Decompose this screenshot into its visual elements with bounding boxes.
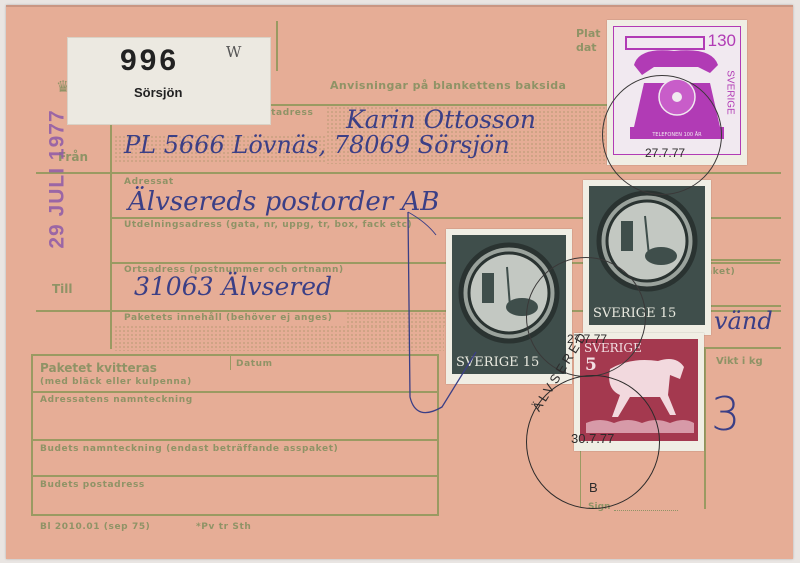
note-vand: vänd	[714, 307, 773, 335]
left-column-divider	[110, 104, 112, 349]
weight-divider	[704, 347, 706, 509]
date-label: Datum	[236, 359, 273, 369]
stamp-value-130: 130	[708, 31, 736, 51]
addressee-value: Älvsereds postorder AB	[128, 187, 439, 217]
label-number: 996	[120, 44, 179, 78]
date-divider	[230, 356, 231, 370]
postmark-letter: B	[589, 480, 598, 495]
receipt-rule-2	[33, 439, 437, 441]
receipt-title: Paketet kvitteras	[40, 361, 157, 375]
contents-label: Paketets innehåll (behöver ej anges)	[124, 313, 332, 323]
printer-mark: *Pv tr Sth	[196, 522, 251, 532]
courier-address-label: Budets postadress	[40, 480, 145, 490]
sign-dotted-line	[614, 510, 678, 511]
post-office-label: 996 W Sörsjön	[67, 37, 271, 125]
place-date-label-1: Plat	[576, 27, 601, 40]
weight-label: Vikt i kg	[716, 356, 763, 367]
stamp-country-sverige: SVERIGE	[724, 70, 735, 114]
contents-dotted-area-2	[346, 312, 446, 326]
right-rule-2	[711, 259, 781, 261]
form-number: Bl 2010.01 (sep 75)	[40, 522, 150, 532]
receipt-rule-3	[33, 475, 437, 477]
receipt-subtitle: (med bläck eller kulpenna)	[40, 377, 192, 387]
delivery-address-label: Utdelningsadress (gata, nr, uppg, tr, bo…	[124, 220, 412, 230]
parcel-card: ♛ Anvisningar på blankettens baksida Pla…	[6, 5, 793, 559]
place-date-label-2: dat	[576, 41, 597, 54]
recipient-side-label: Till	[52, 282, 73, 296]
postmark-middle: 27.7.77	[526, 257, 646, 377]
postmark-date: 30.7.77	[571, 431, 614, 446]
stub-divider	[276, 21, 278, 71]
sender-name: Karin Ottosson	[346, 105, 536, 134]
right-rule-1	[711, 217, 781, 219]
courier-signature-label: Budets namnteckning (endast beträffande …	[40, 444, 338, 454]
sender-address: PL 5666 Lövnäs, 78069 Sörsjön	[124, 131, 510, 159]
city-address-value: 31063 Älvsered	[134, 272, 332, 301]
postmark-top: 27.7.77	[602, 75, 722, 195]
addressee-label: Adressat	[124, 177, 174, 187]
receipt-rule-1	[33, 391, 437, 393]
contents-dotted-area	[114, 325, 444, 351]
stamp-country-value: SVERIGE 15	[456, 355, 539, 370]
postmark-alvsered: ÄLVSERED 30.7.77 B	[526, 375, 660, 509]
label-place: Sörsjön	[134, 85, 182, 100]
postmark-date: 27.7.77	[645, 146, 685, 160]
recipient-signature-label: Adressatens namnteckning	[40, 395, 193, 405]
received-date-stamp: 29 JULI 1977	[46, 109, 70, 248]
instructions-text: Anvisningar på blankettens baksida	[330, 79, 566, 92]
weight-value: 3	[711, 387, 740, 441]
label-annotation: W	[226, 43, 241, 61]
